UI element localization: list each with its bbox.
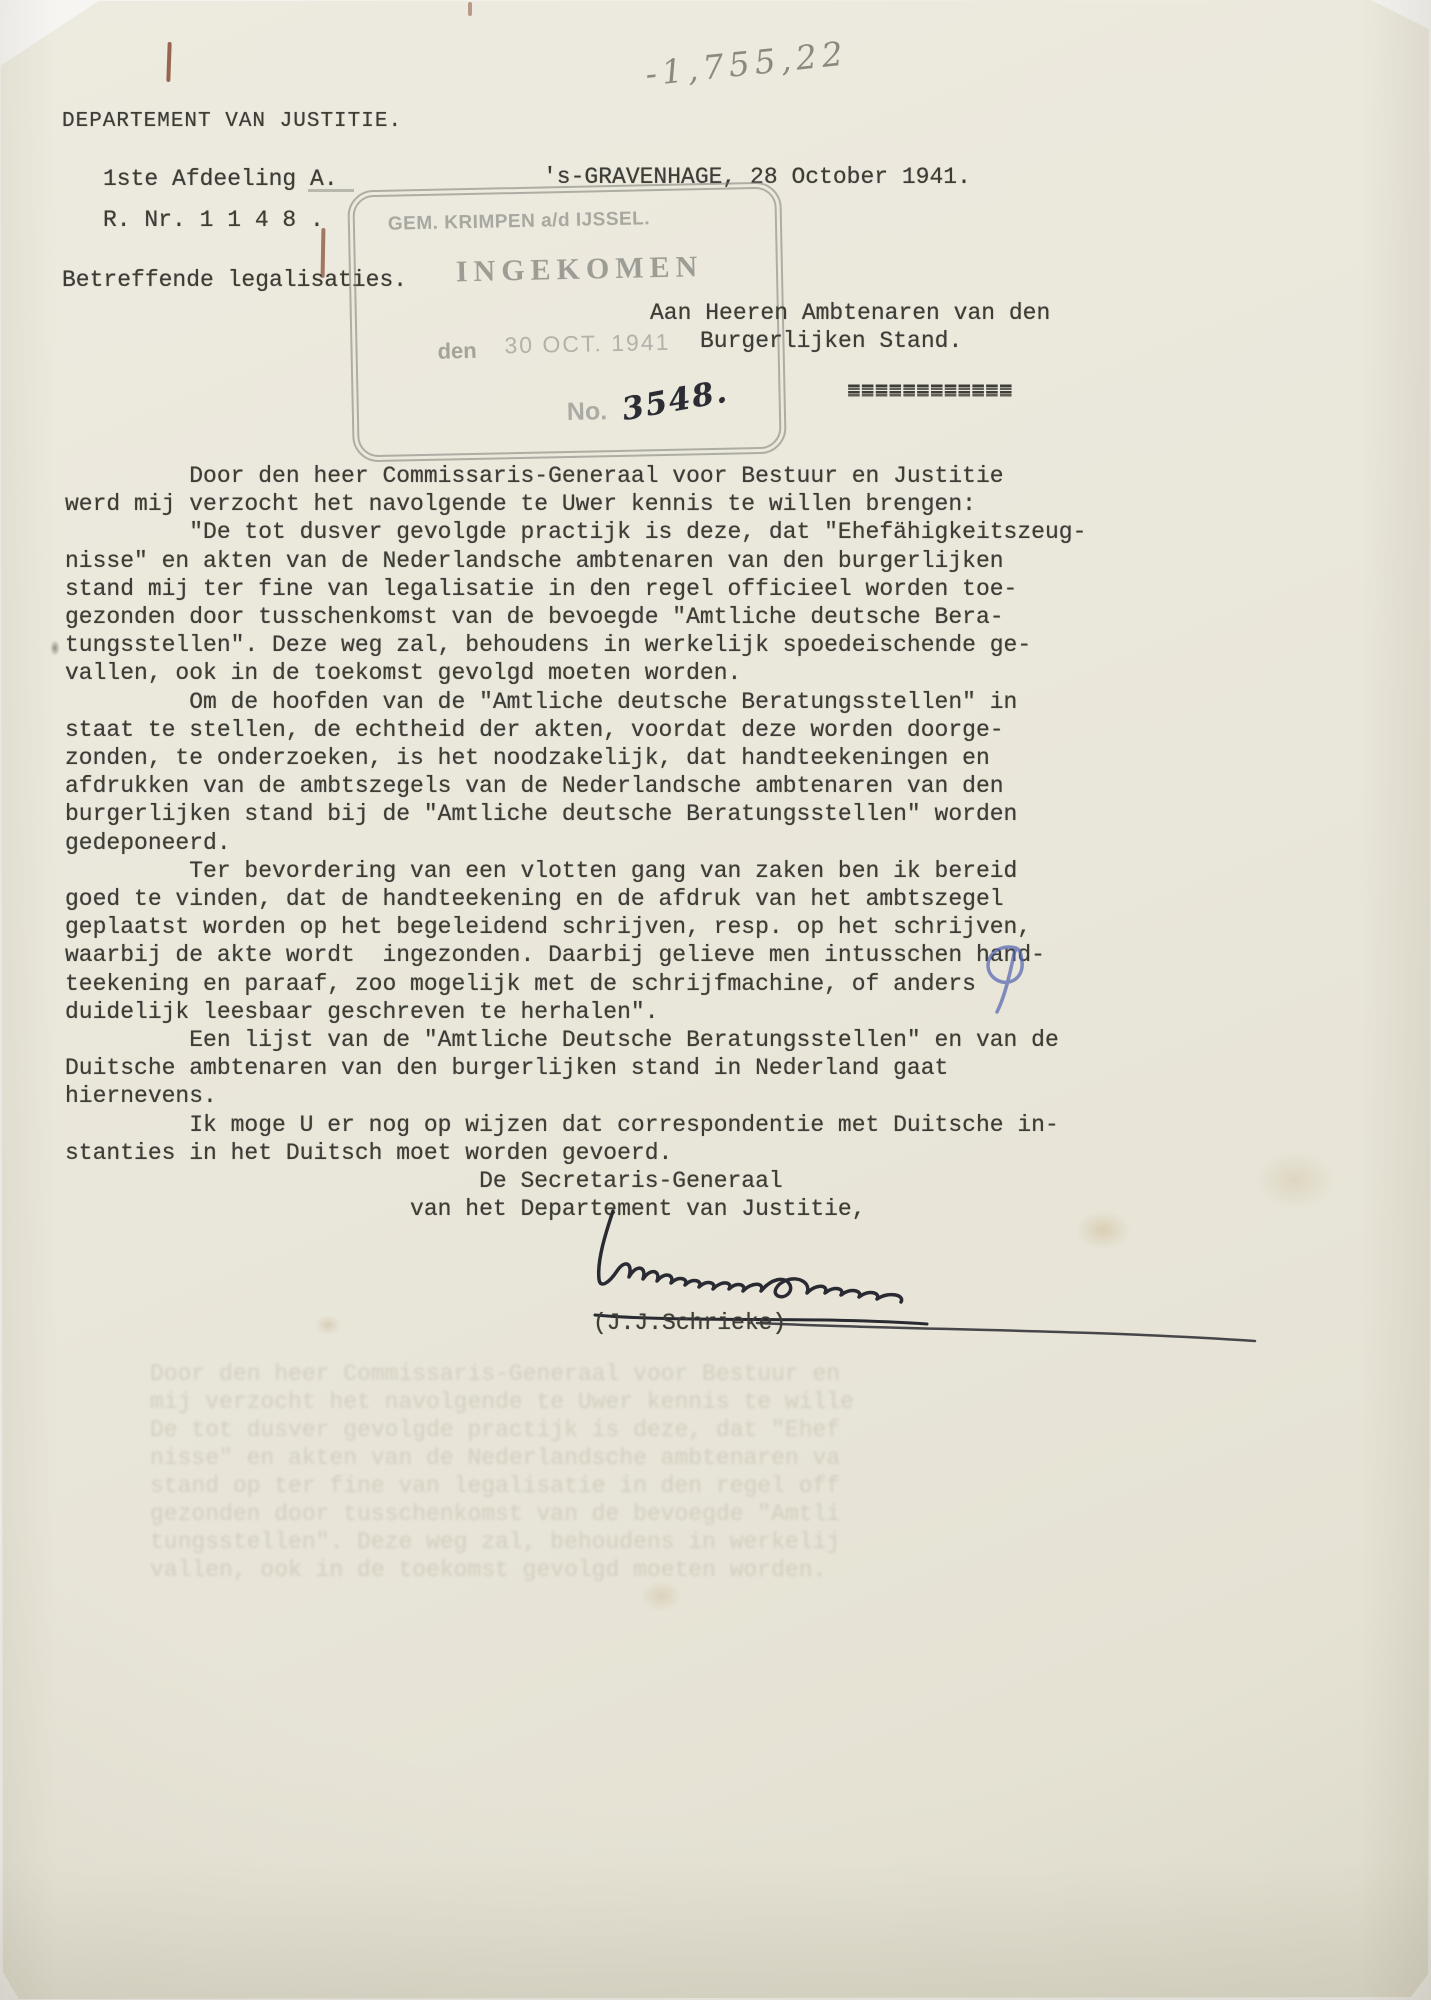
bleedthrough-line: De tot dusver gevolgde practijk is deze,… [150, 1416, 854, 1444]
body-line: goed te vinden, dat de handteekening en … [65, 885, 1086, 913]
body-line: Ik moge U er nog op wijzen dat correspon… [65, 1111, 1086, 1139]
bleedthrough-line: gezonden door tusschenkomst van de bevoe… [150, 1500, 854, 1528]
bleedthrough-line: nisse" en akten van de Nederlandsche amb… [150, 1444, 854, 1472]
body-line: De Secretaris-Generaal [65, 1167, 1086, 1195]
body-line: Om de hoofden van de "Amtliche deutsche … [65, 688, 1086, 716]
letter-body: Door den heer Commissaris-Generaal voor … [65, 462, 1086, 1223]
body-line: geplaatst worden op het begeleidend schr… [65, 913, 1086, 941]
stamp-municipality: GEM. KRIMPEN a/d IJSSEL. [388, 208, 651, 235]
bleedthrough-line: Door den heer Commissaris-Generaal voor … [150, 1360, 854, 1388]
body-line: burgerlijken stand bij de "Amtliche deut… [65, 800, 1086, 828]
body-line: hiernevens. [65, 1082, 1086, 1110]
blue-pencil-stroke [972, 938, 1042, 1020]
recipient-line-2: Burgerlijken Stand. [700, 328, 962, 354]
stamp-den-label: den [437, 338, 477, 365]
body-line: Ter bevordering van een vlotten gang van… [65, 857, 1086, 885]
body-line: vallen, ook in de toekomst gevolgd moete… [65, 659, 1086, 687]
stamp-edge-smear [308, 189, 354, 192]
body-line: stand mij ter fine van legalisatie in de… [65, 575, 1086, 603]
body-line: nisse" en akten van de Nederlandsche amb… [65, 547, 1086, 575]
body-line: staat te stellen, de echtheid der akten,… [65, 716, 1086, 744]
stamp-number-label: No. [567, 397, 608, 427]
bleedthrough-line: stand op ter fine van legalisatie in den… [150, 1472, 854, 1500]
body-line: afdrukken van de ambtszegels van de Nede… [65, 772, 1086, 800]
body-line: duidelijk leesbaar geschreven te herhale… [65, 998, 1086, 1026]
stamp-date: 30 OCT. 1941 [504, 329, 670, 359]
body-line: Duitsche ambtenaren van den burgerlijken… [65, 1054, 1086, 1082]
bleedthrough-line: tungsstellen". Deze weg zal, behoudens i… [150, 1528, 854, 1556]
body-line: waarbij de akte wordt ingezonden. Daarbi… [65, 941, 1086, 969]
body-line: Door den heer Commissaris-Generaal voor … [65, 462, 1086, 490]
reference-number-line: R. Nr. 1 1 4 8 . [103, 207, 324, 233]
stamp-number-handwritten: 3548. [619, 374, 731, 428]
scanned-letter: -1,755,22 DEPARTEMENT VAN JUSTITIE. 1ste… [0, 0, 1431, 2000]
recipient-line-1: Aan Heeren Ambtenaren van den [650, 300, 1050, 326]
body-line: stanties in het Duitsch moet worden gevo… [65, 1139, 1086, 1167]
body-line: Een lijst van de "Amtliche Deutsche Bera… [65, 1026, 1086, 1054]
body-line: gedeponeerd. [65, 829, 1086, 857]
bleedthrough-text: Door den heer Commissaris-Generaal voor … [150, 1360, 854, 1584]
recipient-underline: ============ [847, 378, 1013, 404]
signature-typed-name: (J.J.Schrieke) [593, 1310, 786, 1336]
body-line: werd mij verzocht het navolgende te Uwer… [65, 490, 1086, 518]
body-line: tungsstellen". Deze weg zal, behoudens i… [65, 631, 1086, 659]
body-line: teekening en paraaf, zoo mogelijk met de… [65, 970, 1086, 998]
body-line: gezonden door tusschenkomst van de bevoe… [65, 603, 1086, 631]
stamp-received-word: INGEKOMEN [456, 250, 704, 289]
division-line: 1ste Afdeeling A. [103, 166, 338, 192]
blue-pencil-mark [972, 938, 1042, 1025]
bleedthrough-line: vallen, ook in de toekomst gevolgd moete… [150, 1556, 854, 1584]
bleedthrough-line: mij verzocht het navolgende te Uwer kenn… [150, 1388, 854, 1416]
department-title: DEPARTEMENT VAN JUSTITIE. [62, 110, 402, 133]
body-line: zonden, te onderzoeken, is het noodzakel… [65, 744, 1086, 772]
body-line: "De tot dusver gevolgde practijk is deze… [65, 518, 1086, 546]
ink-fibre-mark [468, 2, 472, 16]
